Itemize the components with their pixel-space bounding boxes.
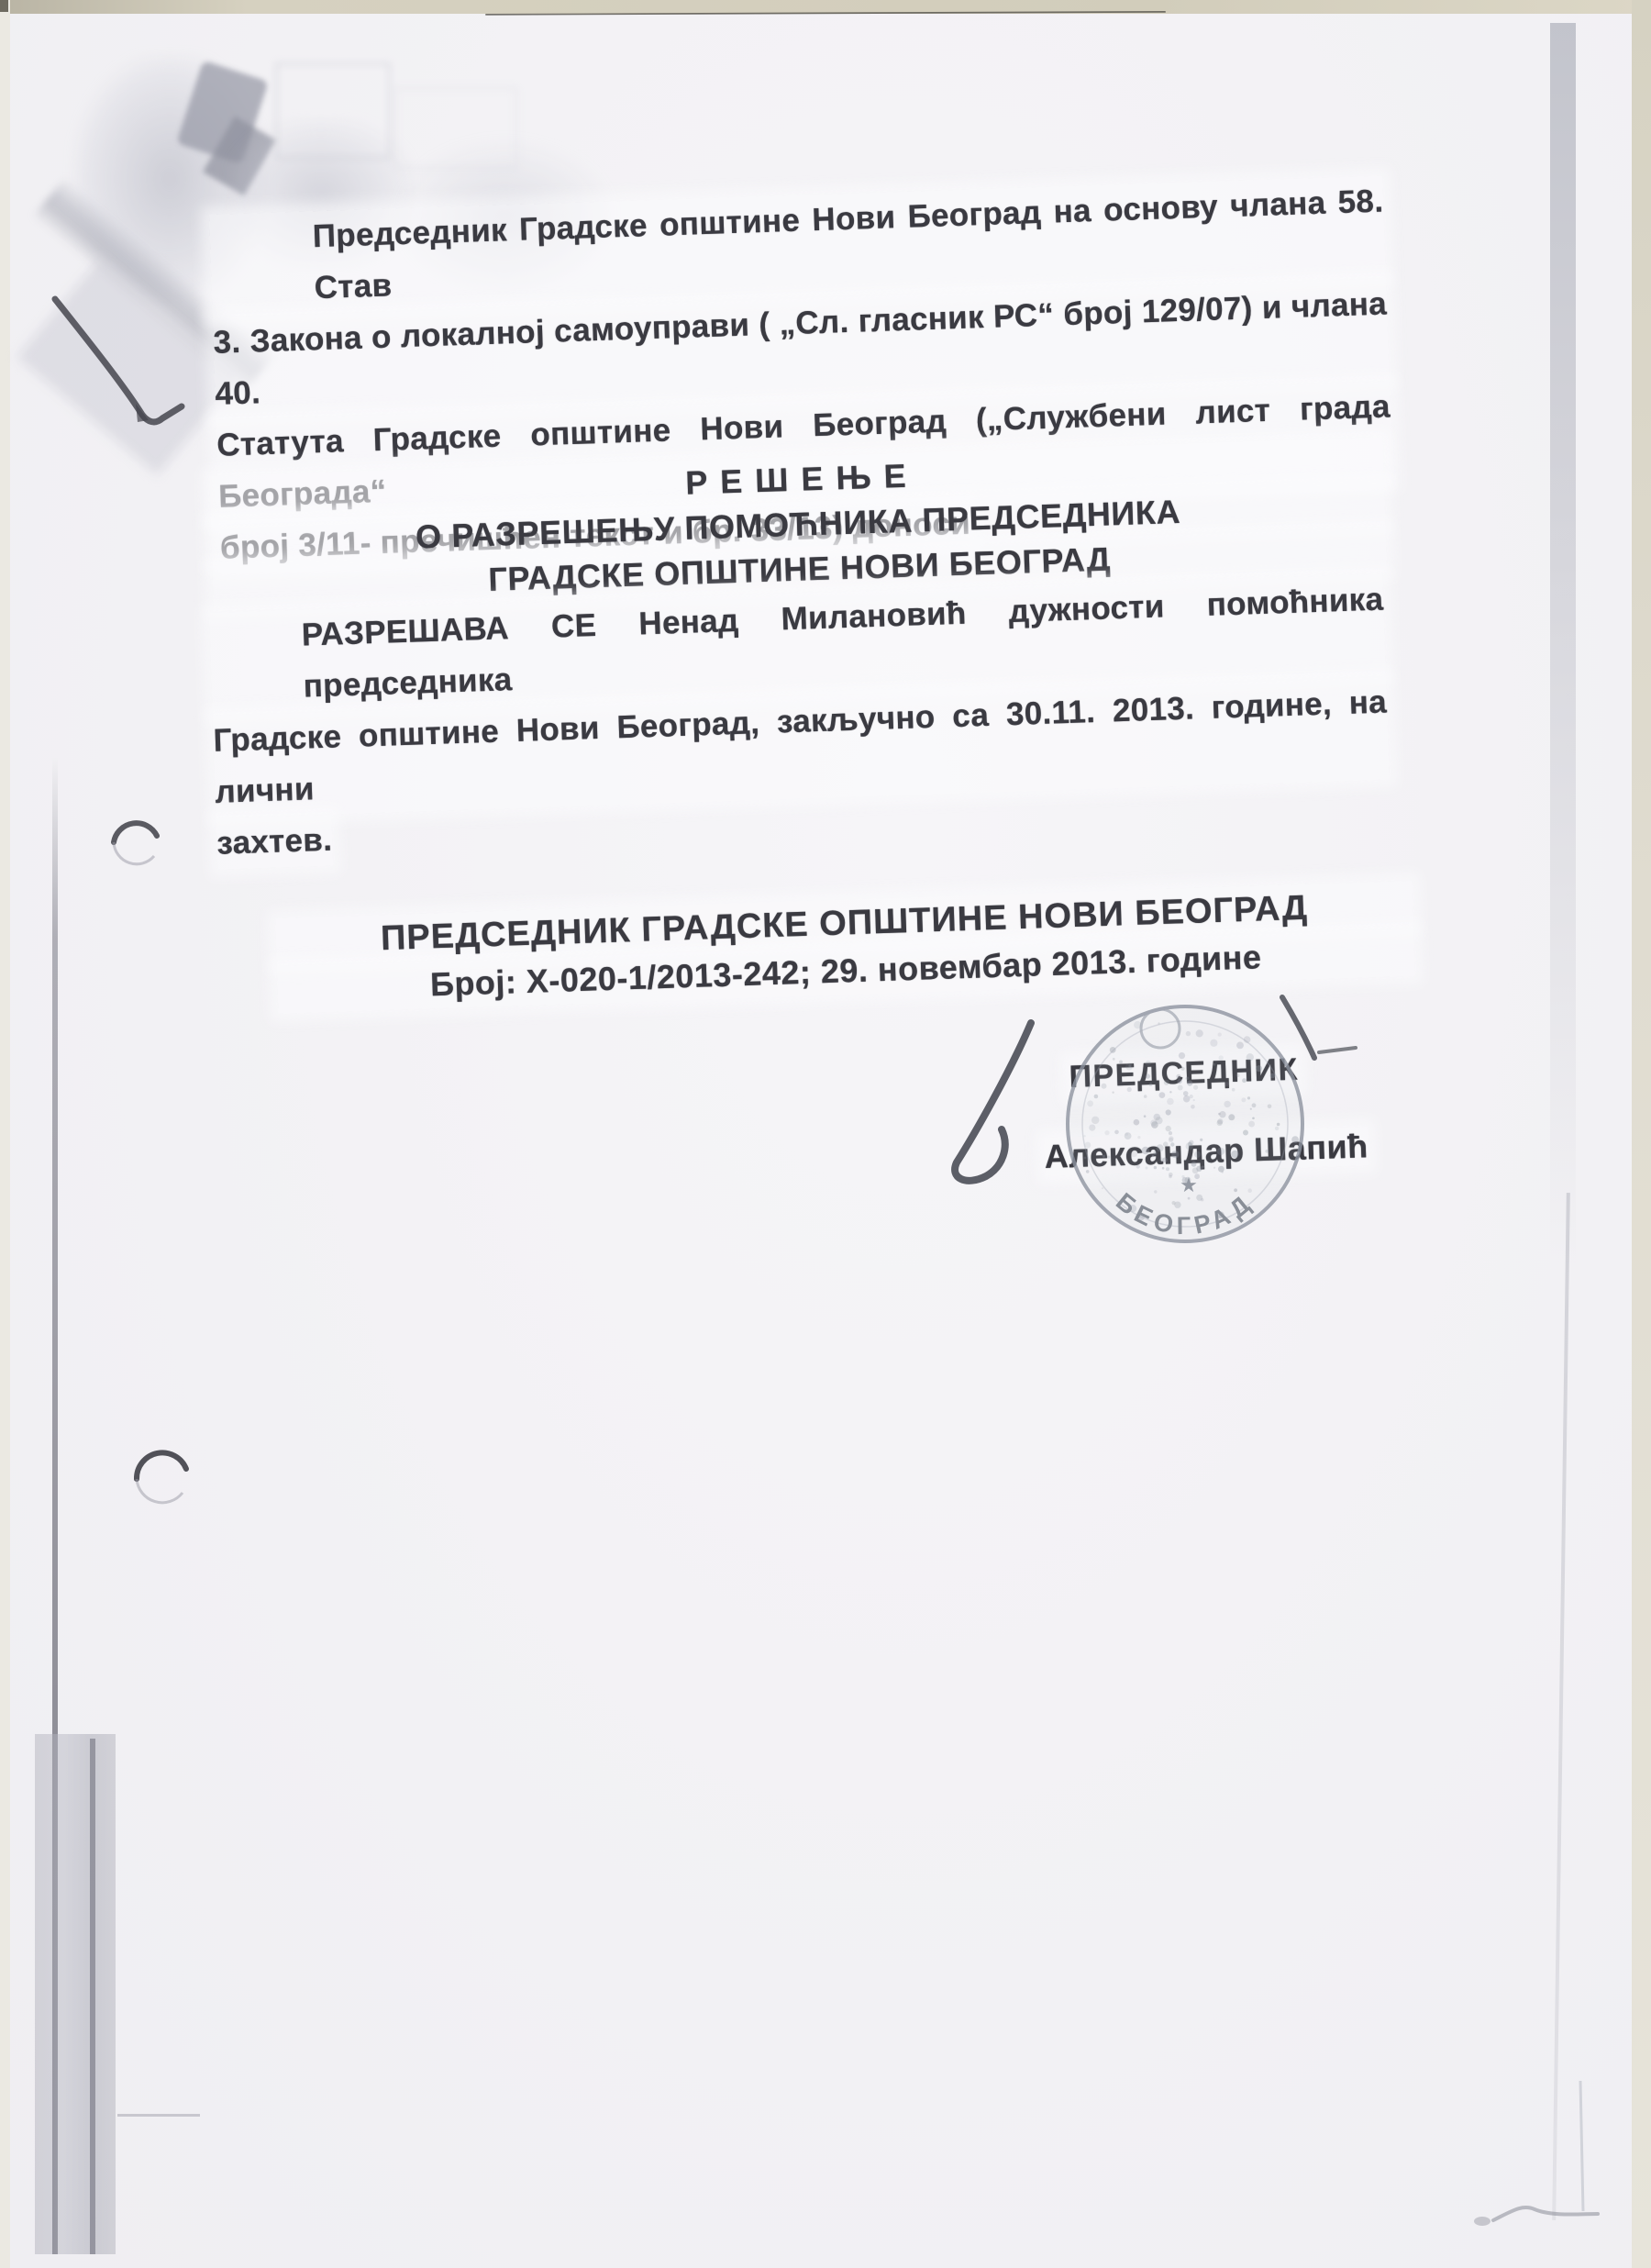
- scanner-edge-right: [1632, 0, 1651, 2268]
- body-line: захтев.: [216, 815, 333, 870]
- signature-role: ПРЕДСЕДНИК: [1069, 1052, 1299, 1095]
- scanner-edge-left: [0, 0, 10, 2268]
- body-paragraph: РАЗРЕШАВА СЕ Ненад Милановић дужности по…: [209, 574, 1391, 870]
- scanned-document: { "document": { "intro": { "lines": [ "П…: [0, 0, 1651, 2268]
- scanner-edge-top: [0, 0, 1651, 14]
- scanner-corner-artifact: [0, 0, 8, 12]
